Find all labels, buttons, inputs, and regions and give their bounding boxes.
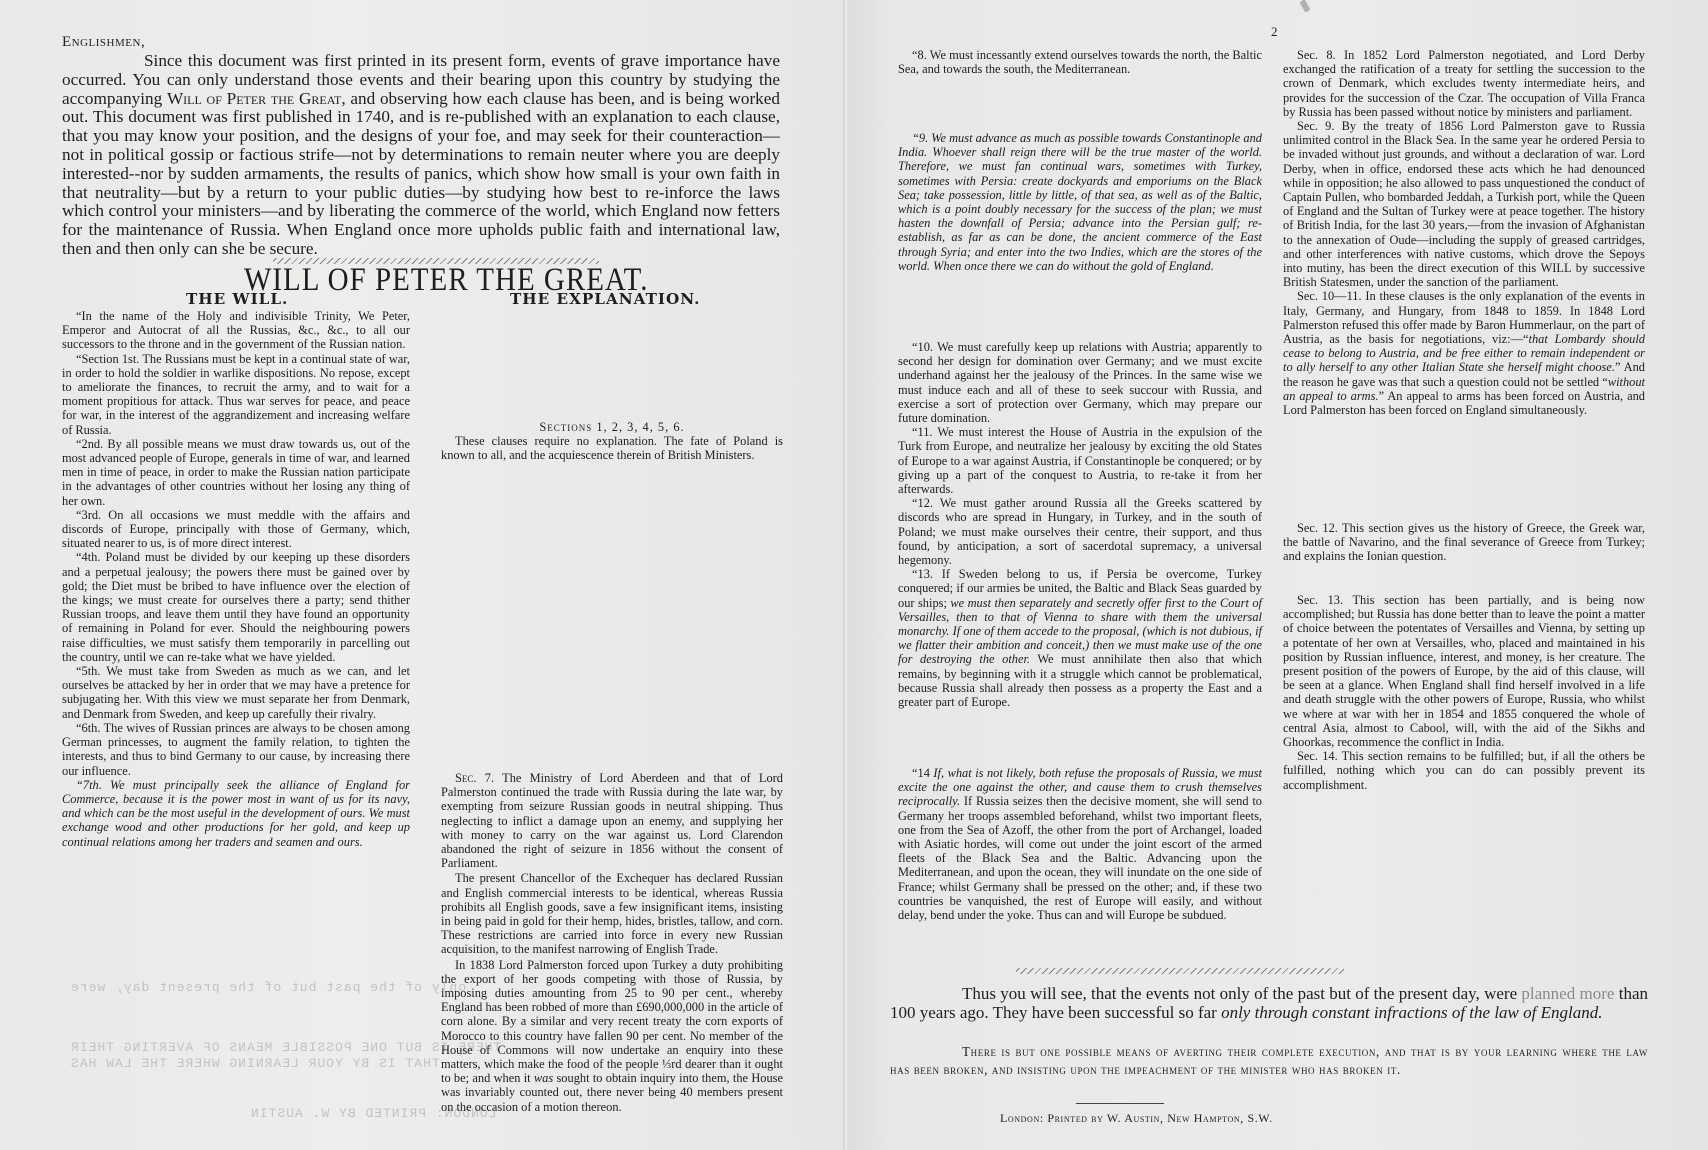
- will-clause-7: “7th. We must principally seek the allia…: [62, 778, 410, 849]
- ornamental-rule: [1016, 968, 1344, 974]
- will-clauses-10-13: “10. We must carefully keep up relations…: [898, 340, 1262, 709]
- will-clause-6: “6th. The wives of Russian princes are a…: [62, 721, 410, 778]
- page-number: 2: [1271, 24, 1278, 40]
- will-clause-11: “11. We must interest the House of Austr…: [898, 425, 1262, 496]
- will-column: “In the name of the Holy and indivisible…: [62, 309, 410, 849]
- sec-12-explanation: Sec. 12. This section gives us the histo…: [1283, 521, 1645, 564]
- sec-10-11-explanation: Sec. 10—11. In these clauses is the only…: [1283, 289, 1645, 417]
- final-statement: There is but one possible means of avert…: [890, 1043, 1648, 1078]
- sec-7-para-2: The present Chancellor of the Exchequer …: [441, 871, 783, 956]
- will-clause-2: “2nd. By all possible means we must draw…: [62, 437, 410, 508]
- sections-1-6-explanation: These clauses require no explanation. Th…: [441, 434, 783, 462]
- closing-paragraph: Thus you will see, that the events not o…: [890, 984, 1648, 1023]
- sec-7-explanation: Sec. 7. The Ministry of Lord Aberdeen an…: [441, 771, 783, 1114]
- divider-rule: [1076, 1103, 1164, 1104]
- will-clause-4: “4th. Poland must be divided by our keep…: [62, 550, 410, 664]
- will-clause-9: “9. We must advance as much as possible …: [898, 131, 1262, 273]
- will-clause-10: “10. We must carefully keep up relations…: [898, 340, 1262, 425]
- explanation-column-heading: THE EXPLANATION.: [510, 290, 700, 308]
- sections-1-6-heading: Sections 1, 2, 3, 4, 5, 6.: [441, 420, 783, 435]
- printer-imprint: London: Printed by W. Austin, New Hampto…: [1000, 1111, 1273, 1126]
- sec-8-explanation: Sec. 8. In 1852 Lord Palmerston negotiat…: [1283, 48, 1645, 119]
- will-reference: Will of Peter the Great: [167, 89, 341, 108]
- will-clause-12: “12. We must gather around Russia all th…: [898, 496, 1262, 567]
- will-clause-3: “3rd. On all occasions we must meddle wi…: [62, 508, 410, 551]
- sec-7-para-3: In 1838 Lord Palmerston forced upon Turk…: [441, 958, 783, 1114]
- will-clause-8: “8. We must incessantly extend ourselves…: [898, 48, 1262, 76]
- will-column-heading: THE WILL.: [186, 290, 288, 308]
- will-clause-1: “Section 1st. The Russians must be kept …: [62, 352, 410, 437]
- will-preamble: “In the name of the Holy and indivisible…: [62, 309, 410, 352]
- explanations-13-14: Sec. 13. This section has been partially…: [1283, 593, 1645, 792]
- sec-9-explanation: Sec. 9. By the treaty of 1856 Lord Palme…: [1283, 119, 1645, 289]
- sec-14-explanation: Sec. 14. This section remains to be fulf…: [1283, 749, 1645, 792]
- will-clause-5: “5th. We must take from Sweden as much a…: [62, 664, 410, 721]
- intro-paragraph: Since this document was first printed in…: [62, 52, 780, 259]
- explanations-8-11: Sec. 8. In 1852 Lord Palmerston negotiat…: [1283, 48, 1645, 417]
- page-gutter: [843, 0, 847, 1150]
- sec-7-para-1: Sec. 7. The Ministry of Lord Aberdeen an…: [441, 771, 783, 870]
- sec-13-explanation: Sec. 13. This section has been partially…: [1283, 593, 1645, 749]
- salutation: Englishmen,: [62, 34, 145, 51]
- will-clause-14: “14 If, what is not likely, both refuse …: [898, 766, 1262, 922]
- bleed-through-text: THERE IS BUT ONE POSSIBLE MEANS OF AVERT…: [70, 1040, 501, 1055]
- bleed-through-text: only of the past but of the present day,…: [70, 980, 466, 995]
- will-clause-13: “13. If Sweden belong to us, if Persia b…: [898, 567, 1262, 709]
- bleed-through-text: THAT IS BY YOUR LEARNING WHERE THE LAW H…: [70, 1056, 440, 1071]
